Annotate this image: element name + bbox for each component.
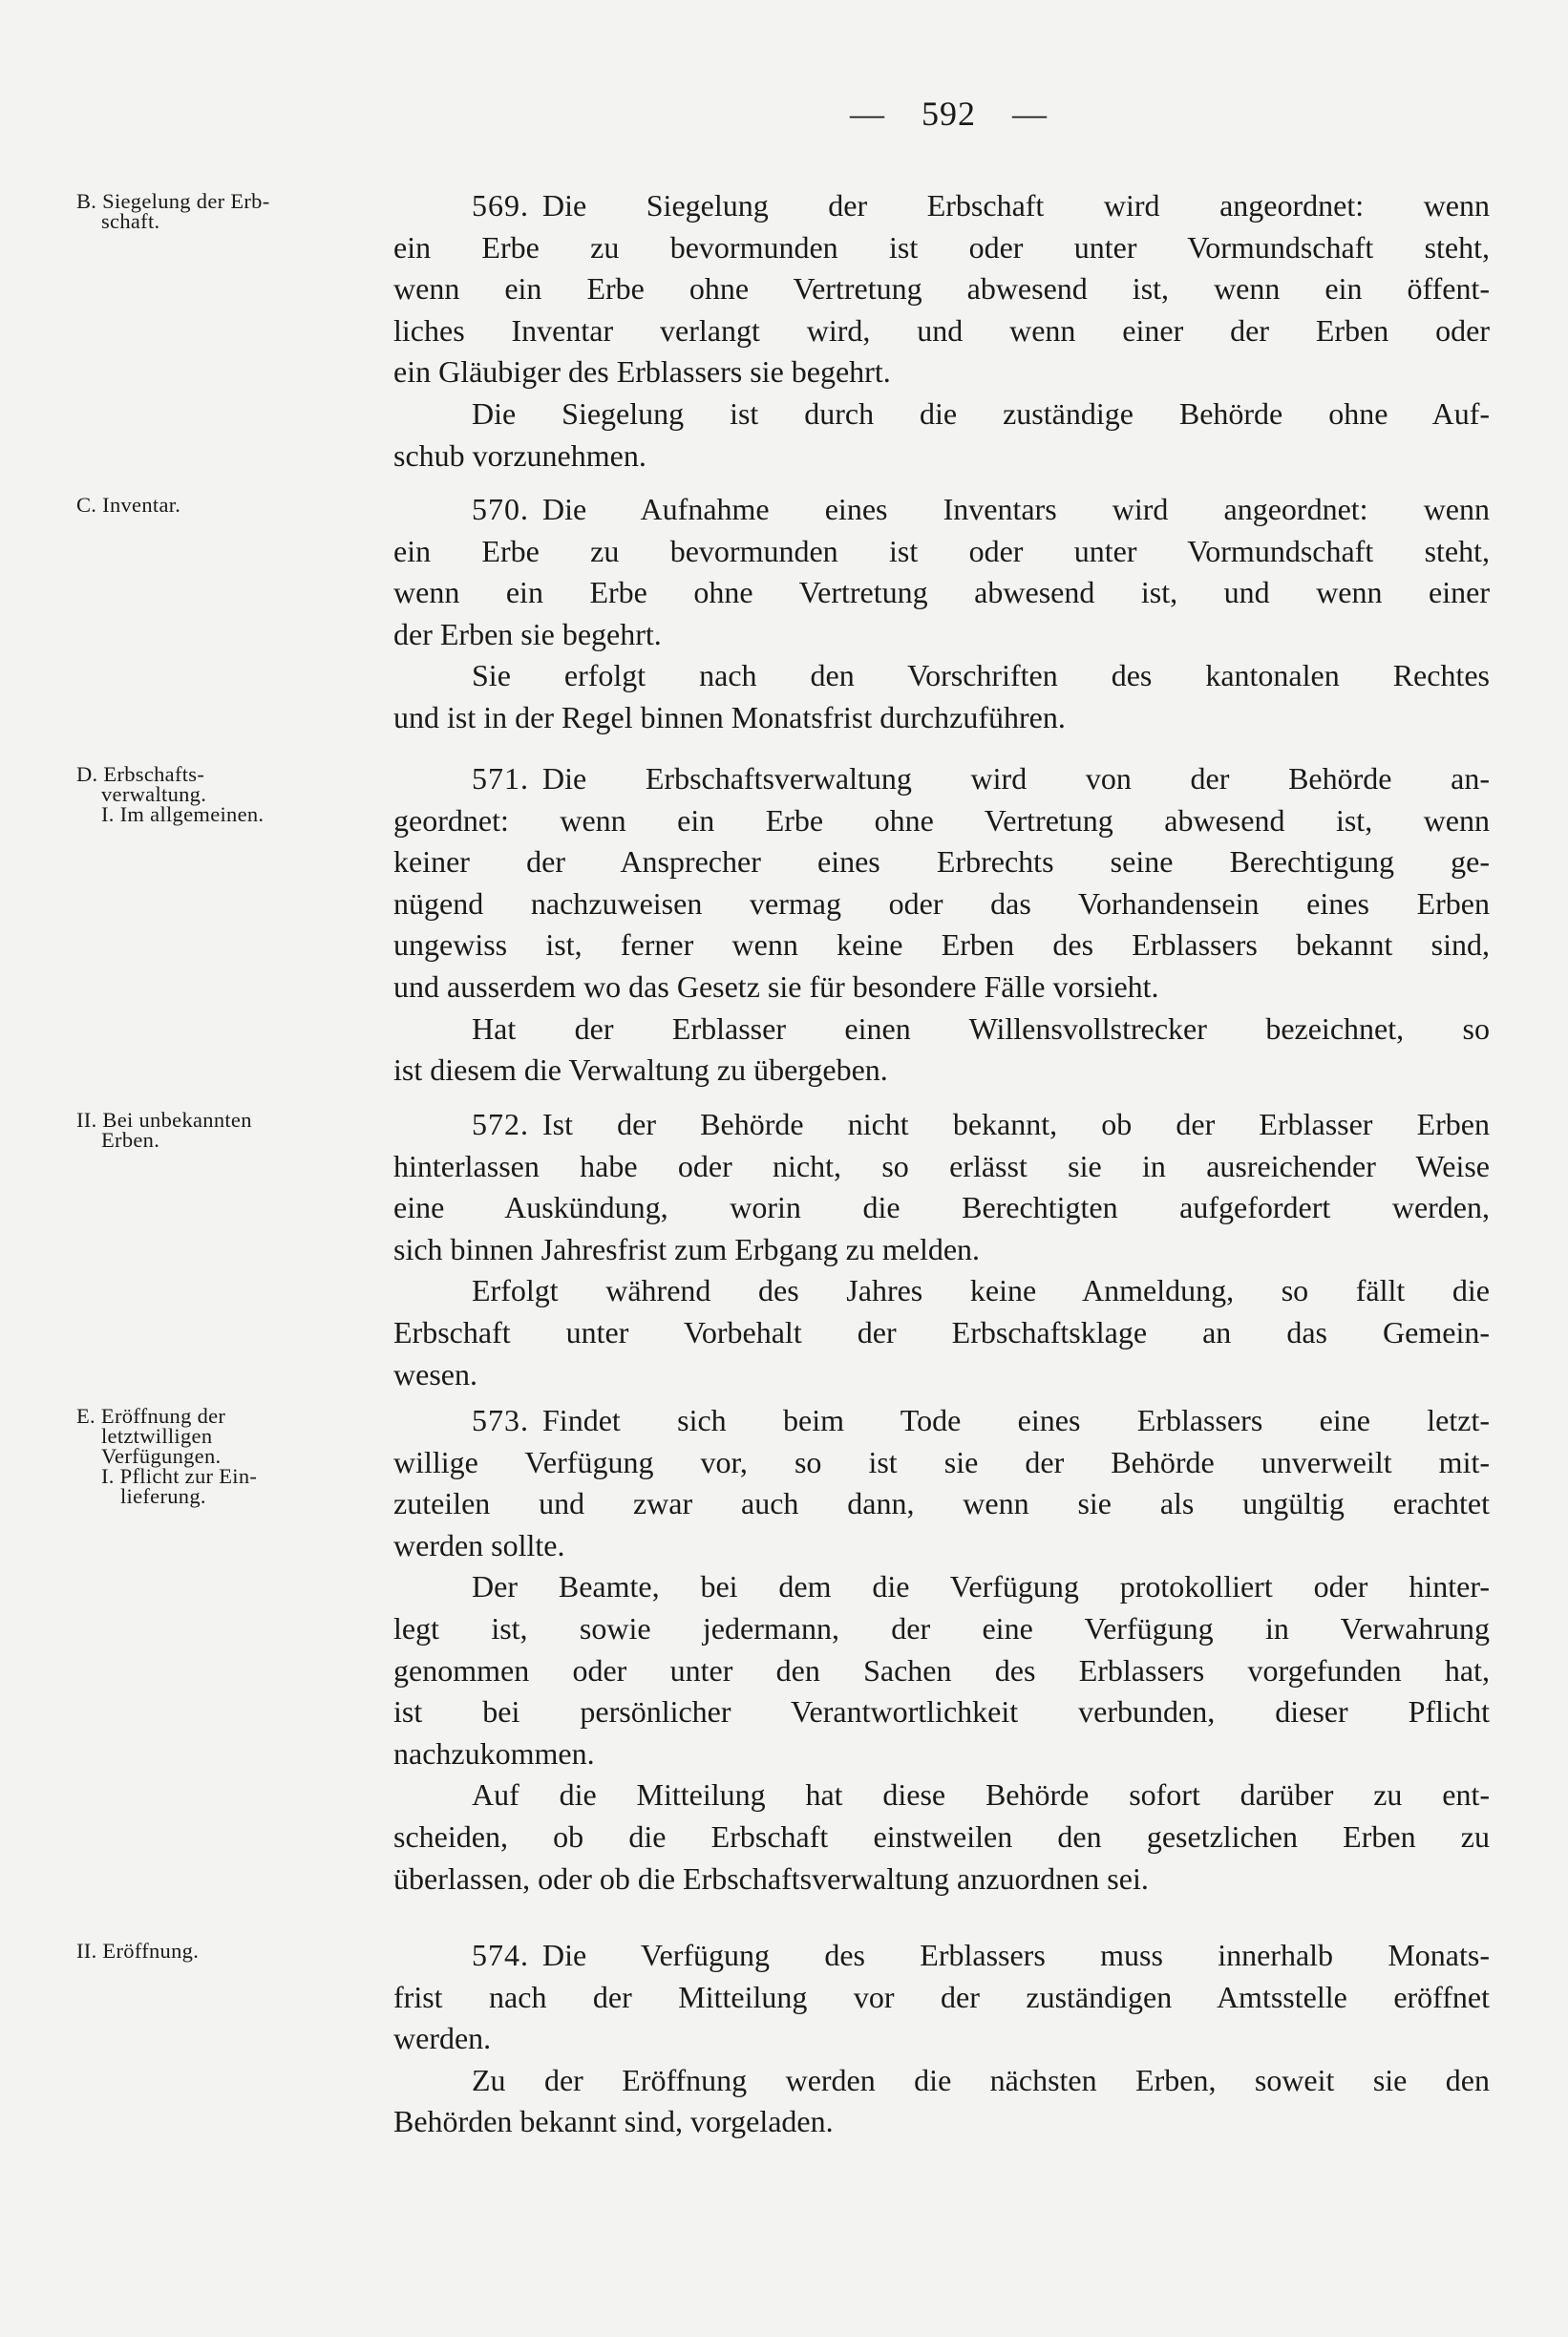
margin-note-line: II. Bei unbekannten	[76, 1110, 372, 1130]
article-number: 572.	[472, 1107, 529, 1141]
page-number-value: 592	[922, 95, 976, 133]
text-line: und ist in der Regel binnen Monatsfrist …	[393, 697, 1490, 739]
margin-note-line: I. Im allgemeinen.	[76, 804, 372, 824]
article-number: 569.	[472, 188, 529, 223]
article-body: 569.Die Siegelung der Erbschaft wird ang…	[393, 185, 1490, 477]
margin-note: B. Siegelung der Erb-schaft.	[76, 191, 372, 231]
margin-note-line: II. Eröffnung.	[76, 1941, 372, 1961]
paragraph: 574.Die Verfügung des Erblassers muss in…	[393, 1935, 1490, 2060]
paragraph: 569.Die Siegelung der Erbschaft wird ang…	[393, 185, 1490, 393]
text-line: nachzukommen.	[393, 1733, 1490, 1775]
text-line-content: Findet sich beim Tode eines Erblassers e…	[542, 1403, 1490, 1437]
text-line: genommen oder unter den Sachen des Erbla…	[393, 1650, 1490, 1692]
margin-note-line: lieferung.	[76, 1486, 372, 1506]
margin-note: II. Eröffnung.	[76, 1941, 372, 1961]
text-line: der Erben sie begehrt.	[393, 614, 1490, 656]
paragraph: Der Beamte, bei dem die Verfügung protok…	[393, 1566, 1490, 1774]
paragraph: Hat der Erblasser einen Willensvollstrec…	[393, 1009, 1490, 1092]
text-line: werden sollte.	[393, 1525, 1490, 1567]
text-line: wenn ein Erbe ohne Vertretung abwesend i…	[393, 572, 1490, 614]
text-line-content: Ist der Behörde nicht bekannt, ob der Er…	[542, 1107, 1490, 1141]
text-line: 569.Die Siegelung der Erbschaft wird ang…	[393, 185, 1490, 227]
text-line: Behörden bekannt sind, vorgeladen.	[393, 2101, 1490, 2143]
text-line: Hat der Erblasser einen Willensvollstrec…	[393, 1009, 1490, 1051]
article-body: 573.Findet sich beim Tode eines Erblasse…	[393, 1400, 1490, 1900]
paragraph: Die Siegelung ist durch die zuständige B…	[393, 393, 1490, 477]
article-body: 570.Die Aufnahme eines Inventars wird an…	[393, 489, 1490, 739]
text-line: schub vorzunehmen.	[393, 436, 1490, 478]
text-line: 574.Die Verfügung des Erblassers muss in…	[393, 1935, 1490, 1977]
text-line: Erfolgt während des Jahres keine Anmeldu…	[393, 1270, 1490, 1312]
text-line: werden.	[393, 2018, 1490, 2060]
article-number: 570.	[472, 492, 529, 526]
paragraph: 572.Ist der Behörde nicht bekannt, ob de…	[393, 1104, 1490, 1270]
paragraph: Zu der Eröffnung werden die nächsten Erb…	[393, 2060, 1490, 2143]
margin-note: D. Erbschafts-verwaltung.I. Im allgemein…	[76, 764, 372, 824]
paragraph: 570.Die Aufnahme eines Inventars wird an…	[393, 489, 1490, 655]
paragraph: Auf die Mitteilung hat diese Behörde sof…	[393, 1774, 1490, 1900]
article-body: 572.Ist der Behörde nicht bekannt, ob de…	[393, 1104, 1490, 1395]
margin-note-line: schaft.	[76, 211, 372, 231]
text-line-content: Die Aufnahme eines Inventars wird angeor…	[542, 492, 1490, 526]
article-body: 571.Die Erbschaftsverwaltung wird von de…	[393, 758, 1490, 1092]
margin-note-line: letztwilligen	[76, 1426, 372, 1446]
text-line: Erbschaft unter Vorbehalt der Erbschafts…	[393, 1312, 1490, 1354]
article-number: 571.	[472, 761, 529, 796]
text-line-content: Die Verfügung des Erblassers muss innerh…	[542, 1938, 1490, 1972]
text-line: ungewiss ist, ferner wenn keine Erben de…	[393, 924, 1490, 967]
margin-note: II. Bei unbekanntenErben.	[76, 1110, 372, 1150]
text-line: Die Siegelung ist durch die zuständige B…	[393, 393, 1490, 436]
text-line: zuteilen und zwar auch dann, wenn sie al…	[393, 1483, 1490, 1525]
margin-note-line: B. Siegelung der Erb-	[76, 191, 372, 211]
text-line: sich binnen Jahresfrist zum Erbgang zu m…	[393, 1229, 1490, 1271]
article-body: 574.Die Verfügung des Erblassers muss in…	[393, 1935, 1490, 2143]
text-line: 571.Die Erbschaftsverwaltung wird von de…	[393, 758, 1490, 800]
margin-note-line: C. Inventar.	[76, 495, 372, 515]
text-line: liches Inventar verlangt wird, und wenn …	[393, 310, 1490, 352]
text-line: eine Auskündung, worin die Berechtigten …	[393, 1187, 1490, 1229]
paragraph: 573.Findet sich beim Tode eines Erblasse…	[393, 1400, 1490, 1566]
page-number-dash-right: —	[1012, 94, 1048, 134]
text-line: willige Verfügung vor, so ist sie der Be…	[393, 1442, 1490, 1484]
page-number-dash-left: —	[850, 94, 885, 134]
margin-note-line: Verfügungen.	[76, 1446, 372, 1466]
paragraph: Sie erfolgt nach den Vorschriften des ka…	[393, 655, 1490, 738]
text-line: ist bei persönlicher Verantwortlichkeit …	[393, 1691, 1490, 1733]
paragraph: Erfolgt während des Jahres keine Anmeldu…	[393, 1270, 1490, 1395]
text-line: Auf die Mitteilung hat diese Behörde sof…	[393, 1774, 1490, 1816]
text-line-content: Die Erbschaftsverwaltung wird von der Be…	[542, 761, 1490, 796]
text-line: überlassen, oder ob die Erbschaftsverwal…	[393, 1859, 1490, 1901]
text-line: legt ist, sowie jedermann, der eine Verf…	[393, 1608, 1490, 1650]
margin-note-line: Erben.	[76, 1130, 372, 1150]
text-line-content: Die Siegelung der Erbschaft wird angeord…	[542, 188, 1490, 223]
article-number: 573.	[472, 1403, 529, 1437]
text-line: nügend nachzuweisen vermag oder das Vorh…	[393, 883, 1490, 925]
margin-note-line: E. Eröffnung der	[76, 1406, 372, 1426]
text-line: und ausserdem wo das Gesetz sie für beso…	[393, 967, 1490, 1009]
text-line: 572.Ist der Behörde nicht bekannt, ob de…	[393, 1104, 1490, 1146]
scanned-page: { "page": { "number": "592", "dash": "—"…	[0, 0, 1568, 2337]
article-number: 574.	[472, 1938, 529, 1972]
text-line: Zu der Eröffnung werden die nächsten Erb…	[393, 2060, 1490, 2102]
text-line: wenn ein Erbe ohne Vertretung abwesend i…	[393, 268, 1490, 310]
margin-note: E. Eröffnung derletztwilligenVerfügungen…	[76, 1406, 372, 1506]
text-line: ein Gläubiger des Erblassers sie begehrt…	[393, 351, 1490, 393]
margin-note-line: I. Pflicht zur Ein-	[76, 1466, 372, 1486]
text-line: ein Erbe zu bevormunden ist oder unter V…	[393, 227, 1490, 269]
text-line: hinterlassen habe oder nicht, so erlässt…	[393, 1146, 1490, 1188]
text-line: scheiden, ob die Erbschaft einstweilen d…	[393, 1816, 1490, 1859]
text-line: keiner der Ansprecher eines Erbrechts se…	[393, 841, 1490, 883]
text-line: 573.Findet sich beim Tode eines Erblasse…	[393, 1400, 1490, 1442]
page-number: — 592 —	[0, 94, 1568, 134]
text-line: 570.Die Aufnahme eines Inventars wird an…	[393, 489, 1490, 531]
paragraph: 571.Die Erbschaftsverwaltung wird von de…	[393, 758, 1490, 1009]
text-line: ein Erbe zu bevormunden ist oder unter V…	[393, 531, 1490, 573]
text-line: ist diesem die Verwaltung zu übergeben.	[393, 1050, 1490, 1092]
text-line: frist nach der Mitteilung vor der zustän…	[393, 1977, 1490, 2019]
text-line: wesen.	[393, 1354, 1490, 1396]
text-line: Sie erfolgt nach den Vorschriften des ka…	[393, 655, 1490, 697]
text-line: geordnet: wenn ein Erbe ohne Vertretung …	[393, 800, 1490, 842]
margin-note: C. Inventar.	[76, 495, 372, 515]
margin-note-line: D. Erbschafts-	[76, 764, 372, 784]
margin-note-line: verwaltung.	[76, 784, 372, 804]
text-line: Der Beamte, bei dem die Verfügung protok…	[393, 1566, 1490, 1608]
